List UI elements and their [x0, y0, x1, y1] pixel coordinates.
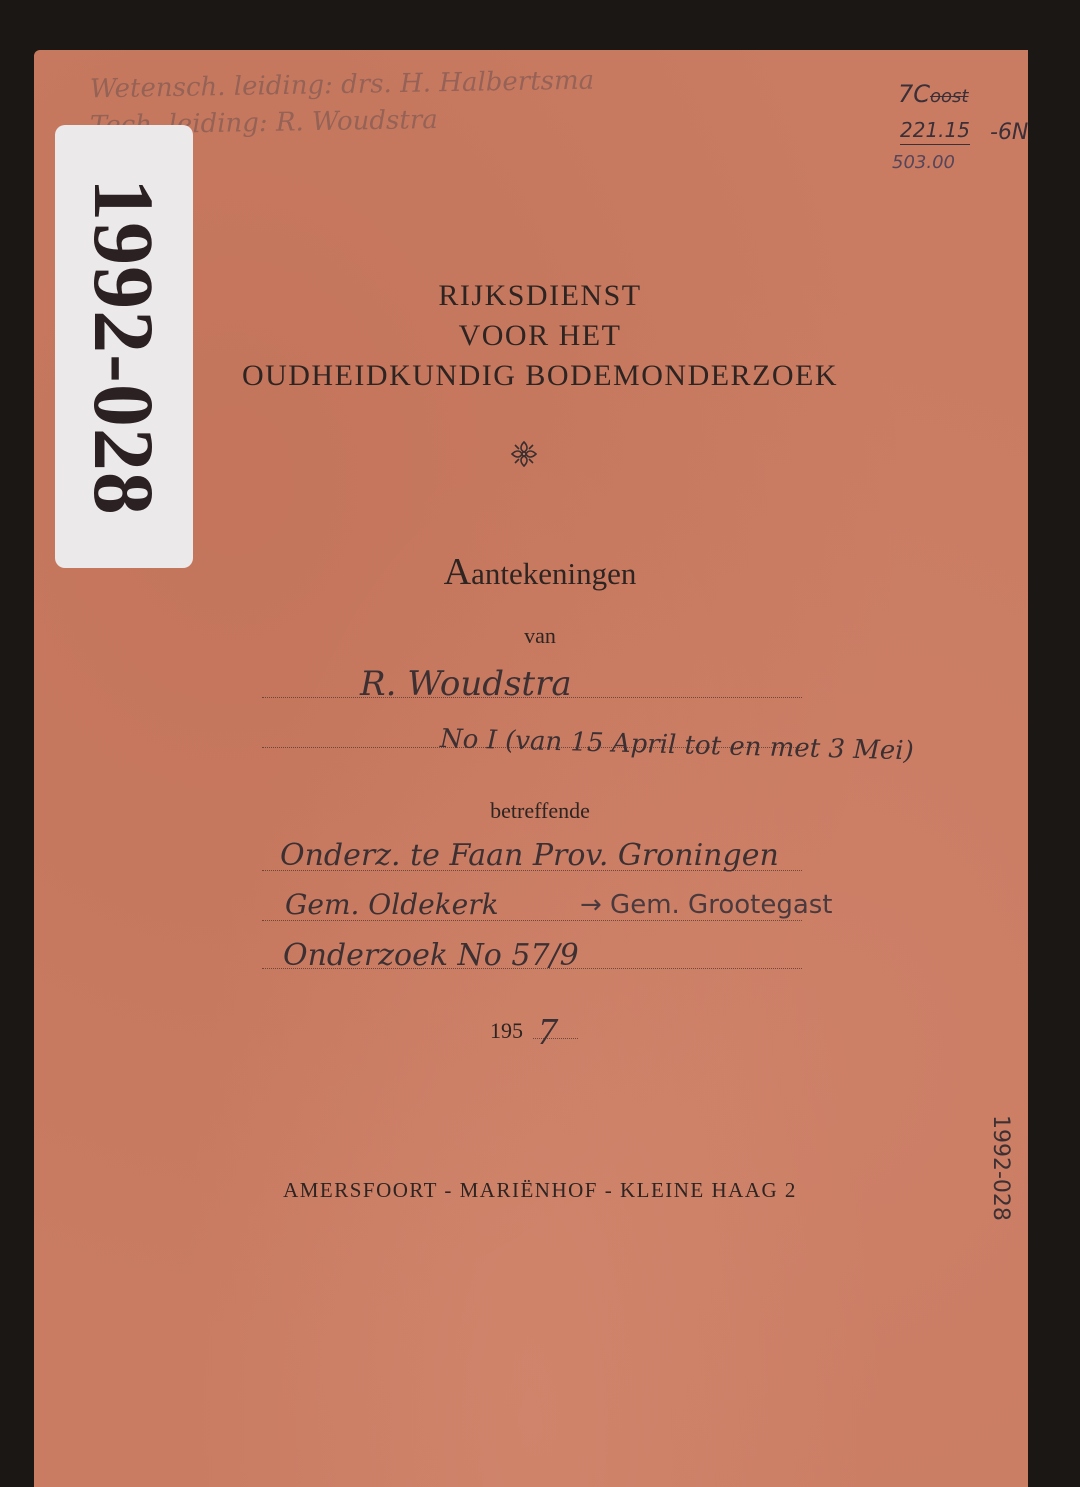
- code-top-value: 7C: [898, 80, 930, 108]
- side-archive-note: 1992-028: [988, 1115, 1013, 1221]
- header-line-3: OUDHEIDKUNDIG BODEMONDERZOEK: [0, 356, 1080, 396]
- form-title: Aantekeningen: [0, 550, 1080, 594]
- subject-handwritten-1: Onderz. te Faan Prov. Groningen: [280, 838, 779, 873]
- subject-handwritten-2: Gem. Oldekerk: [285, 888, 499, 921]
- code-top: 7Coost: [898, 80, 969, 108]
- year-handwritten: 7: [538, 1010, 557, 1054]
- code-suffix: -6N: [990, 120, 1028, 145]
- form-title-rest: antekeningen: [471, 556, 636, 591]
- form-title-cap: A: [444, 551, 471, 593]
- header-line-1: RIJKSDIENST: [0, 276, 1080, 316]
- year-printed: 195: [490, 1018, 523, 1044]
- betreffende-label: betreffende: [0, 798, 1080, 824]
- subject-handwritten-2-addition: → Gem. Grootegast: [580, 890, 833, 920]
- publisher-address: AMERSFOORT - MARIËNHOF - KLEINE HAAG 2: [0, 1178, 1080, 1203]
- subject-handwritten-3: Onderzoek No 57/9: [283, 938, 579, 973]
- code-sub: 503.00: [892, 152, 955, 173]
- floral-ornament-icon: [510, 440, 538, 468]
- author-handwritten: R. Woudstra: [360, 664, 572, 704]
- header-line-2: VOOR HET: [0, 316, 1080, 356]
- code-top-struck: oost: [930, 86, 968, 107]
- code-number: 221.15: [900, 118, 970, 145]
- van-label: van: [0, 623, 1080, 649]
